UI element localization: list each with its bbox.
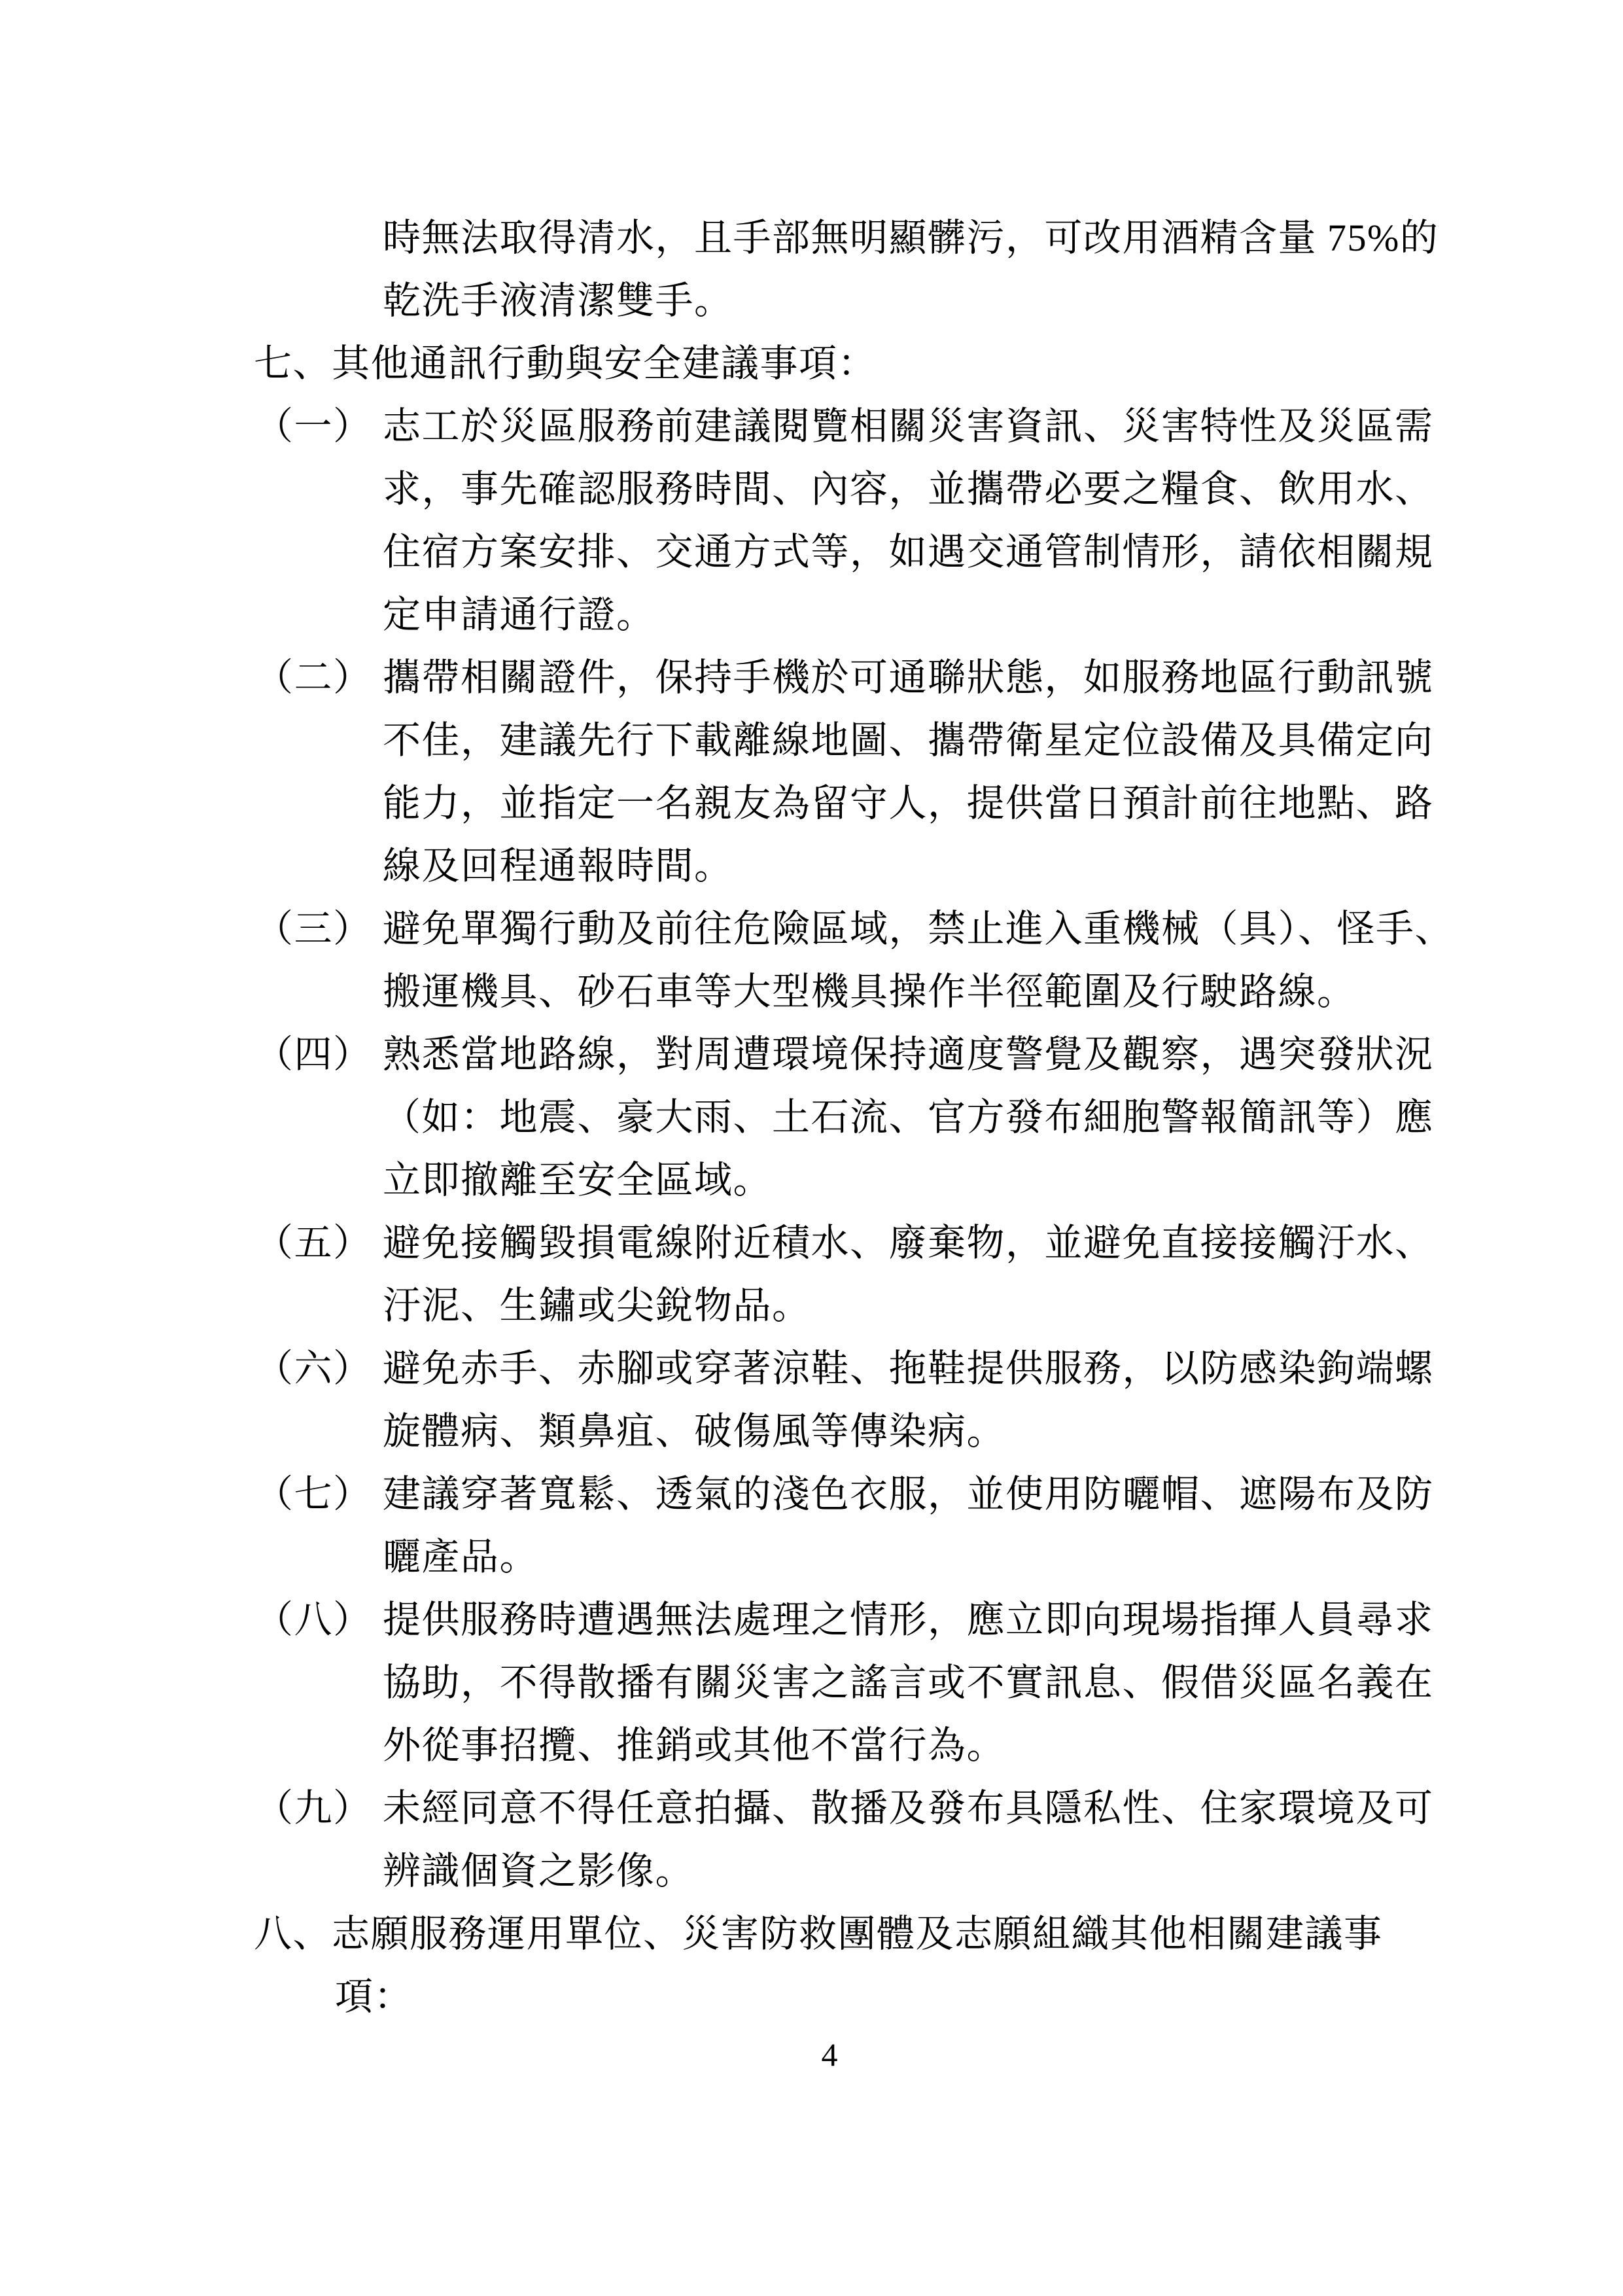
item-number-marker: （六） (255, 1347, 372, 1390)
document-page: 時無法取得清水，且手部無明顯髒污，可改用酒精含量 75%的乾洗手液清潔雙手。七、… (0, 0, 1623, 2296)
text-line: （四）熟悉當地路線，對周遭環境保持適度警覺及觀察，遇突發狀況 (255, 1033, 372, 1076)
page-number: 4 (790, 2036, 869, 2073)
text-line: （六）避免赤手、赤腳或穿著涼鞋、拖鞋提供服務，以防感染鉤端螺 (255, 1347, 372, 1390)
text-line: 住宿方案安排、交通方式等，如遇交通管制情形，請依相關規 (383, 531, 1434, 574)
text-line: 時無法取得清水，且手部無明顯髒污，可改用酒精含量 75%的 (383, 217, 1439, 260)
item-number-marker: （三） (255, 908, 372, 950)
text-line: 曬產品。 (383, 1536, 538, 1579)
item-text: 未經同意不得任意拍攝、散播及發布具隱私性、住家環境及可 (383, 1787, 1434, 1830)
document-body: 時無法取得清水，且手部無明顯髒污，可改用酒精含量 75%的乾洗手液清潔雙手。七、… (0, 0, 1623, 2296)
item-text: 建議穿著寬鬆、透氣的淺色衣服，並使用防曬帽、遮陽布及防 (383, 1473, 1434, 1516)
text-line: 立即撤離至安全區域。 (383, 1159, 772, 1202)
item-text: 避免單獨行動及前往危險區域，禁止進入重機械（具）、怪手、 (383, 908, 1454, 951)
text-line: （二）攜帶相關證件，保持手機於可通聯狀態，如服務地區行動訊號 (255, 656, 372, 699)
item-number-marker: （九） (255, 1787, 372, 1829)
text-line: 搬運機具、砂石車等大型機具操作半徑範圍及行駛路線。 (383, 970, 1356, 1014)
item-number-marker: （八） (255, 1598, 372, 1641)
text-line: 旋體病、類鼻疽、破傷風等傳染病。 (383, 1410, 1005, 1453)
text-line: 汙泥、生鏽或尖銳物品。 (383, 1284, 811, 1328)
text-line: （五）避免接觸毀損電線附近積水、廢棄物，並避免直接接觸汙水、 (255, 1222, 372, 1265)
text-line: 七、其他通訊行動與安全建議事項： (254, 342, 877, 385)
item-text: 避免赤手、赤腳或穿著涼鞋、拖鞋提供服務，以防感染鉤端螺 (383, 1347, 1434, 1390)
item-number-marker: （二） (255, 656, 372, 699)
text-line: （七）建議穿著寬鬆、透氣的淺色衣服，並使用防曬帽、遮陽布及防 (255, 1473, 372, 1516)
text-line: （九）未經同意不得任意拍攝、散播及發布具隱私性、住家環境及可 (255, 1787, 372, 1830)
text-line: 不佳，建議先行下載離線地圖、攜帶衛星定位設備及具備定向 (383, 719, 1434, 762)
item-number-marker: （七） (255, 1473, 372, 1515)
item-text: 攜帶相關證件，保持手機於可通聯狀態，如服務地區行動訊號 (383, 656, 1434, 699)
text-line: 項： (335, 1975, 413, 2019)
text-line: （八）提供服務時遭遇無法處理之情形，應立即向現場指揮人員尋求 (255, 1598, 372, 1642)
item-text: 避免接觸毀損電線附近積水、廢棄物，並避免直接接觸汙水、 (383, 1222, 1434, 1265)
text-line: 外從事招攬、推銷或其他不當行為。 (383, 1724, 1005, 1767)
text-line: 定申請通行證。 (383, 593, 655, 637)
item-number-marker: （五） (255, 1222, 372, 1264)
text-line: 求，事先確認服務時間、內容，並攜帶必要之糧食、飲用水、 (383, 468, 1434, 511)
item-number-marker: （一） (255, 405, 372, 448)
item-text: 志工於災區服務前建議閱覽相關災害資訊、災害特性及災區需 (383, 405, 1434, 448)
text-line: （如：地震、豪大雨、土石流、官方發布細胞警報簡訊等）應 (383, 1096, 1434, 1139)
item-text: 熟悉當地路線，對周遭環境保持適度警覺及觀察，遇突發狀況 (383, 1033, 1434, 1076)
item-number-marker: （四） (255, 1033, 372, 1076)
text-line: 能力，並指定一名親友為留守人，提供當日預計前往地點、路 (383, 782, 1434, 825)
text-line: 線及回程通報時間。 (383, 845, 733, 888)
text-line: 乾洗手液清潔雙手。 (383, 279, 733, 323)
item-text: 提供服務時遭遇無法處理之情形，應立即向現場指揮人員尋求 (383, 1598, 1434, 1642)
text-line: （三）避免單獨行動及前往危險區域，禁止進入重機械（具）、怪手、 (255, 908, 372, 951)
text-line: 八、志願服務運用單位、災害防救團體及志願組織其他相關建議事 (254, 1913, 1383, 1956)
text-line: 辨識個資之影像。 (383, 1850, 694, 1893)
text-line: （一）志工於災區服務前建議閱覽相關災害資訊、災害特性及災區需 (255, 405, 372, 448)
text-line: 協助，不得散播有關災害之謠言或不實訊息、假借災區名義在 (383, 1661, 1434, 1704)
